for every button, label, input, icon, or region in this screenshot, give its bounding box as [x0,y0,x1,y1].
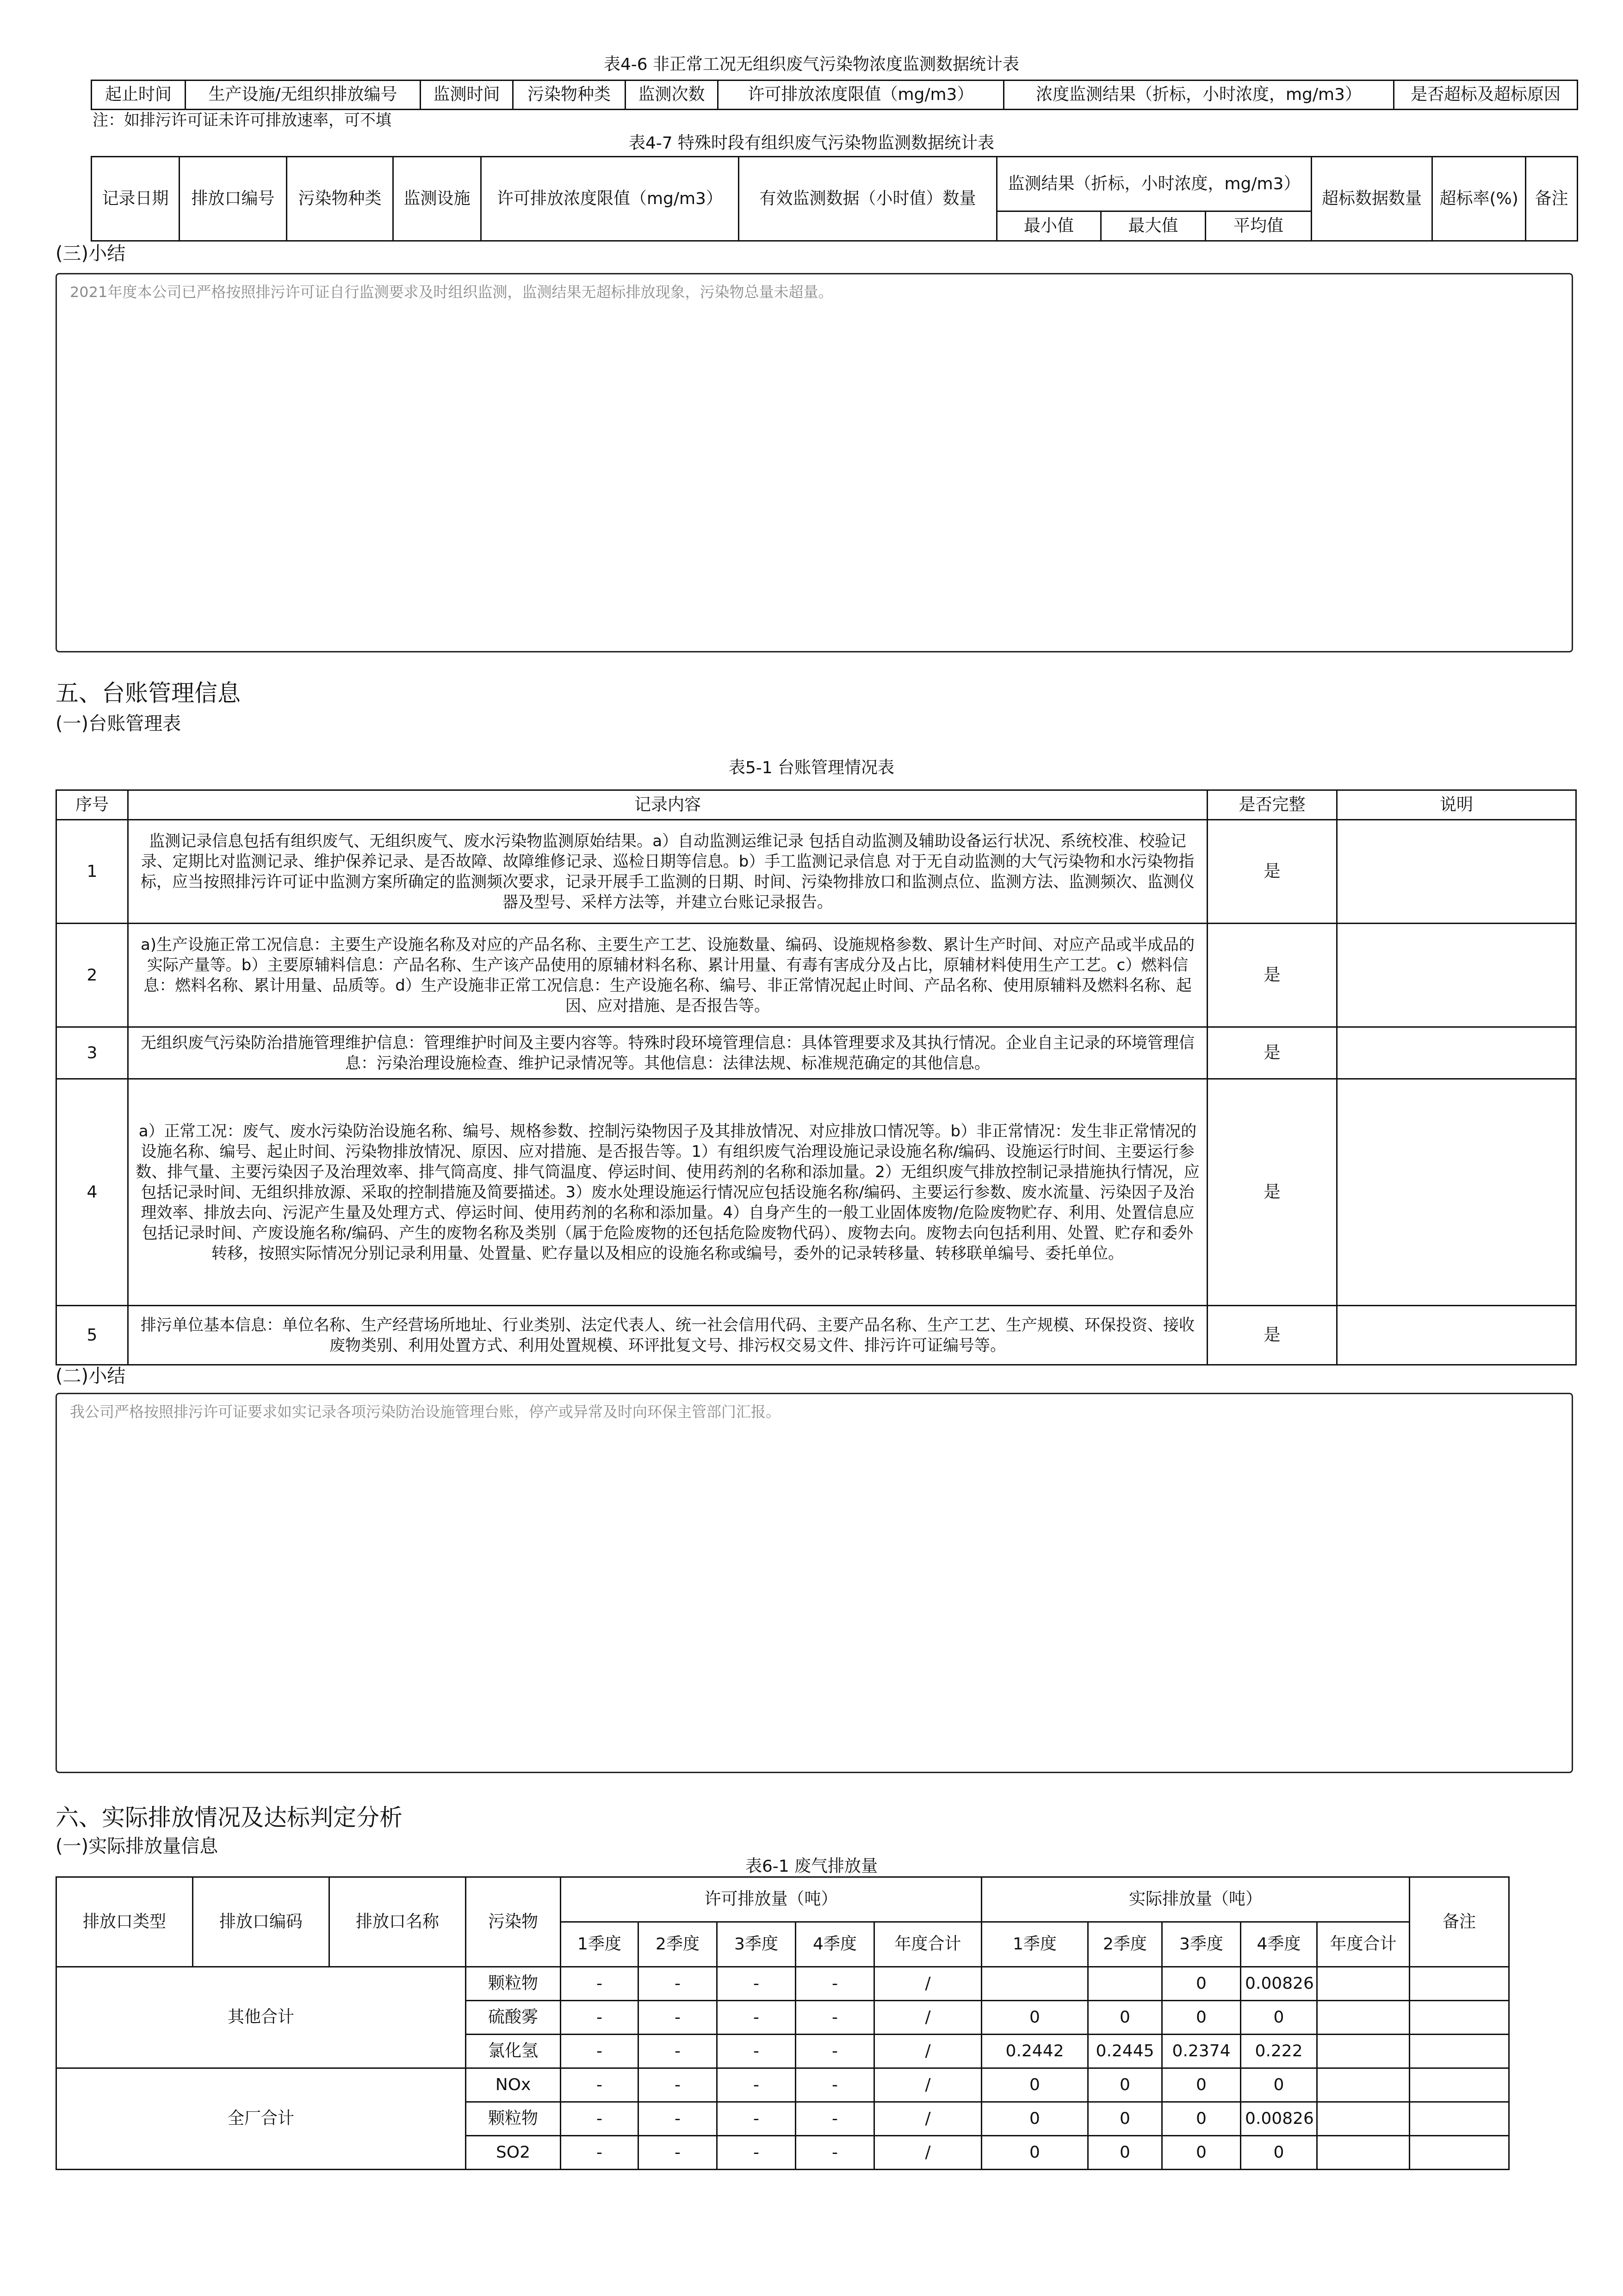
permitted-cell: - [796,2102,874,2136]
col-header-q1: 1季度 [982,1922,1088,1967]
actual-cell: 0 [982,2102,1088,2136]
col-header-exceed-rate: 超标率(%) [1432,157,1526,241]
col-header: 污染物种类 [513,81,626,110]
col-header-pollutant: 污染物 [466,1877,561,1967]
permitted-cell: - [561,2102,638,2136]
col-header-remark: 说明 [1337,790,1576,820]
actual-cell [1317,2136,1410,2170]
remark-cell [1410,1967,1509,2001]
table-row: 1 监测记录信息包括有组织废气、无组织废气、废水污染物监测原始结果。a）自动监测… [56,820,1576,924]
col-header-outlet-type: 排放口类型 [56,1877,193,1967]
remark-cell [1410,2001,1509,2035]
col-header: 起止时间 [92,81,186,110]
table-row: 全厂合计NOx----/0000 [56,2068,1576,2102]
permitted-cell: - [561,2001,638,2035]
table-4-6-note: 注：如排污许可证未许可排放速率，可不填 [93,111,391,130]
col-header-limit: 许可排放浓度限值（mg/m3） [481,157,739,241]
section-6-heading: 六、实际排放情况及达标判定分析 [56,1804,403,1831]
table-4-7: 记录日期 排放口编号 污染物种类 监测设施 许可排放浓度限值（mg/m3） 有效… [91,156,1578,242]
actual-cell: 0 [1088,2136,1162,2170]
col-header-exceed-count: 超标数据数量 [1312,157,1432,241]
col-header-actual-group: 实际排放量（吨） [982,1877,1410,1922]
permitted-cell: - [638,2136,717,2170]
table-6-1-body: 其他合计颗粒物----/00.00826硫酸雾----/0000氯化氢----/… [56,1967,1576,2170]
col-header-permitted-group: 许可排放量（吨） [561,1877,982,1922]
remark-cell [1410,2102,1509,2136]
permitted-cell: / [874,2102,982,2136]
row-content: 排污单位基本信息：单位名称、生产经营场所地址、行业类别、法定代表人、统一社会信用… [128,1306,1208,1365]
permitted-cell: - [717,2035,796,2068]
permitted-cell: - [638,2035,717,2068]
row-no: 1 [56,820,128,924]
pollutant-cell: SO2 [466,2136,561,2170]
col-header-q3: 3季度 [717,1922,796,1967]
actual-cell: 0.2442 [982,2035,1088,2068]
table-row: 5 排污单位基本信息：单位名称、生产经营场所地址、行业类别、法定代表人、统一社会… [56,1306,1576,1365]
permitted-cell: - [796,2035,874,2068]
table-4-6-header-row: 起止时间 生产设施/无组织排放编号 监测时间 污染物种类 监测次数 许可排放浓度… [92,81,1578,110]
permitted-cell: - [796,2068,874,2102]
col-header-q4: 4季度 [796,1922,874,1967]
col-header: 是否超标及超标原因 [1394,81,1578,110]
col-header-outlet-no: 排放口编号 [180,157,287,241]
section-5-heading: 五、台账管理信息 [56,679,241,707]
row-complete: 是 [1208,1306,1337,1365]
col-header-facility: 监测设施 [393,157,481,241]
permitted-cell: - [796,2136,874,2170]
table-row: 其他合计颗粒物----/00.00826 [56,1967,1576,2001]
actual-cell [1317,2001,1410,2035]
remark-cell [1410,2068,1509,2102]
pollutant-cell: 硫酸雾 [466,2001,561,2035]
actual-cell: 0.2445 [1088,2035,1162,2068]
col-header-complete: 是否完整 [1208,790,1337,820]
row-complete: 是 [1208,820,1337,924]
remark-cell [1410,2035,1509,2068]
col-header: 浓度监测结果（折标，小时浓度，mg/m3） [1004,81,1394,110]
col-header: 生产设施/无组织排放编号 [186,81,421,110]
section-5-subheading: (一)台账管理表 [56,713,181,735]
actual-cell: 0 [1088,2001,1162,2035]
row-remark [1337,1027,1576,1079]
table-6-1: 排放口类型 排放口编码 排放口名称 污染物 许可排放量（吨） 实际排放量（吨） … [56,1876,1577,2170]
group-label: 其他合计 [56,1967,466,2068]
section-6-subheading: (一)实际排放量信息 [56,1835,218,1857]
permitted-cell: - [638,2068,717,2102]
col-header-min: 最小值 [997,211,1101,241]
summary-3-text: 2021年度本公司已严格按照排污许可证自行监测要求及时组织监测，监测结果无超标排… [70,283,833,301]
row-complete: 是 [1208,1079,1337,1306]
permitted-cell: - [561,1967,638,2001]
permitted-cell: - [717,1967,796,2001]
permitted-cell: - [796,1967,874,2001]
col-header-annual: 年度合计 [1317,1922,1410,1967]
row-no: 3 [56,1027,128,1079]
table-5-1-header-row: 序号 记录内容 是否完整 说明 [56,790,1576,820]
summary-3-heading: (三)小结 [56,242,125,265]
summary-2-heading: (二)小结 [56,1365,125,1387]
col-header-no: 序号 [56,790,128,820]
remark-cell [1410,2136,1509,2170]
actual-cell [1317,2068,1410,2102]
col-header-valid-count: 有效监测数据（小时值）数量 [739,157,997,241]
actual-cell: 0 [1162,2001,1241,2035]
summary-3-textarea[interactable]: 2021年度本公司已严格按照排污许可证自行监测要求及时组织监测，监测结果无超标排… [56,273,1573,652]
col-header-result-group: 监测结果（折标，小时浓度，mg/m3） [997,157,1312,211]
actual-cell: 0 [982,2136,1088,2170]
col-header-remark: 备注 [1526,157,1578,241]
permitted-cell: / [874,1967,982,2001]
table-4-6: 起止时间 生产设施/无组织排放编号 监测时间 污染物种类 监测次数 许可排放浓度… [91,80,1578,110]
actual-cell [1088,1967,1162,2001]
table-4-6-title: 表4-6 非正常工况无组织废气污染物浓度监测数据统计表 [0,55,1623,75]
actual-cell [982,1967,1088,2001]
actual-cell: 0 [1241,2001,1317,2035]
permitted-cell: / [874,2001,982,2035]
permitted-cell: - [796,2001,874,2035]
group-label: 全厂合计 [56,2068,466,2170]
col-header-content: 记录内容 [128,790,1208,820]
permitted-cell: - [638,1967,717,2001]
actual-cell: 0 [1241,2136,1317,2170]
row-content: 无组织废气污染防治措施管理维护信息：管理维护时间及主要内容等。特殊时段环境管理信… [128,1027,1208,1079]
actual-cell: 0.222 [1241,2035,1317,2068]
permitted-cell: / [874,2136,982,2170]
table-5-1-title: 表5-1 台账管理情况表 [0,758,1623,778]
table-row: 4 a）正常工况：废气、废水污染防治设施名称、编号、规格参数、控制污染物因子及其… [56,1079,1576,1306]
actual-cell: 0.00826 [1241,2102,1317,2136]
actual-cell: 0 [1162,2102,1241,2136]
col-header-record-date: 记录日期 [92,157,180,241]
permitted-cell: - [717,2136,796,2170]
col-header-q2: 2季度 [638,1922,717,1967]
table-row: 3 无组织废气污染防治措施管理维护信息：管理维护时间及主要内容等。特殊时段环境管… [56,1027,1576,1079]
table-6-1-viewport: 排放口类型 排放口编码 排放口名称 污染物 许可排放量（吨） 实际排放量（吨） … [56,1876,1578,2253]
col-header-remark: 备注 [1410,1877,1509,1967]
actual-cell: 0 [982,2001,1088,2035]
row-no: 4 [56,1079,128,1306]
actual-cell: 0.00826 [1241,1967,1317,2001]
pollutant-cell: 颗粒物 [466,2102,561,2136]
row-complete: 是 [1208,924,1337,1027]
row-remark [1337,1306,1576,1365]
summary-2-textarea[interactable]: 我公司严格按照排污许可证要求如实记录各项污染防治设施管理台账，停产或异常及时向环… [56,1393,1573,1773]
row-remark [1337,1079,1576,1306]
permitted-cell: - [638,2102,717,2136]
actual-cell: 0 [1162,2068,1241,2102]
actual-cell: 0 [1162,1967,1241,2001]
row-content: 监测记录信息包括有组织废气、无组织废气、废水污染物监测原始结果。a）自动监测运维… [128,820,1208,924]
actual-cell: 0 [1241,2068,1317,2102]
table-6-1-title: 表6-1 废气排放量 [0,1856,1623,1877]
col-header-outlet-name: 排放口名称 [329,1877,466,1967]
actual-cell: 0 [1162,2136,1241,2170]
col-header-outlet-code: 排放口编码 [193,1877,329,1967]
actual-cell [1317,1967,1410,2001]
table-4-7-title: 表4-7 特殊时段有组织废气污染物监测数据统计表 [0,133,1623,154]
permitted-cell: - [717,2001,796,2035]
pollutant-cell: 氯化氢 [466,2035,561,2068]
col-header-q3: 3季度 [1162,1922,1241,1967]
col-header-q1: 1季度 [561,1922,638,1967]
table-4-7-header-row: 记录日期 排放口编号 污染物种类 监测设施 许可排放浓度限值（mg/m3） 有效… [92,157,1578,211]
row-content: a）正常工况：废气、废水污染防治设施名称、编号、规格参数、控制污染物因子及其排放… [128,1079,1208,1306]
col-header: 监测时间 [421,81,513,110]
permitted-cell: - [561,2136,638,2170]
row-content: a)生产设施正常工况信息：主要生产设施名称及对应的产品名称、主要生产工艺、设施数… [128,924,1208,1027]
pollutant-cell: 颗粒物 [466,1967,561,2001]
col-header-avg: 平均值 [1206,211,1312,241]
row-no: 5 [56,1306,128,1365]
permitted-cell: - [638,2001,717,2035]
row-no: 2 [56,924,128,1027]
row-complete: 是 [1208,1027,1337,1079]
row-remark [1337,924,1576,1027]
col-header-q4: 4季度 [1241,1922,1317,1967]
permitted-cell: / [874,2068,982,2102]
actual-cell: 0.2374 [1162,2035,1241,2068]
col-header-max: 最大值 [1101,211,1206,241]
col-header-q2: 2季度 [1088,1922,1162,1967]
col-header: 监测次数 [626,81,718,110]
table-6-1-header-row: 排放口类型 排放口编码 排放口名称 污染物 许可排放量（吨） 实际排放量（吨） … [56,1877,1576,1922]
row-remark [1337,820,1576,924]
pollutant-cell: NOx [466,2068,561,2102]
actual-cell [1317,2035,1410,2068]
table-row: 2 a)生产设施正常工况信息：主要生产设施名称及对应的产品名称、主要生产工艺、设… [56,924,1576,1027]
permitted-cell: / [874,2035,982,2068]
col-header: 许可排放浓度限值（mg/m3） [718,81,1004,110]
permitted-cell: - [717,2068,796,2102]
actual-cell: 0 [1088,2102,1162,2136]
summary-2-text: 我公司严格按照排污许可证要求如实记录各项污染防治设施管理台账，停产或异常及时向环… [70,1402,781,1421]
col-header-annual: 年度合计 [874,1922,982,1967]
table-5-1: 序号 记录内容 是否完整 说明 1 监测记录信息包括有组织废气、无组织废气、废水… [56,789,1577,1365]
actual-cell: 0 [1088,2068,1162,2102]
actual-cell [1317,2102,1410,2136]
permitted-cell: - [717,2102,796,2136]
permitted-cell: - [561,2035,638,2068]
permitted-cell: - [561,2068,638,2102]
actual-cell: 0 [982,2068,1088,2102]
col-header-pollutant: 污染物种类 [287,157,393,241]
